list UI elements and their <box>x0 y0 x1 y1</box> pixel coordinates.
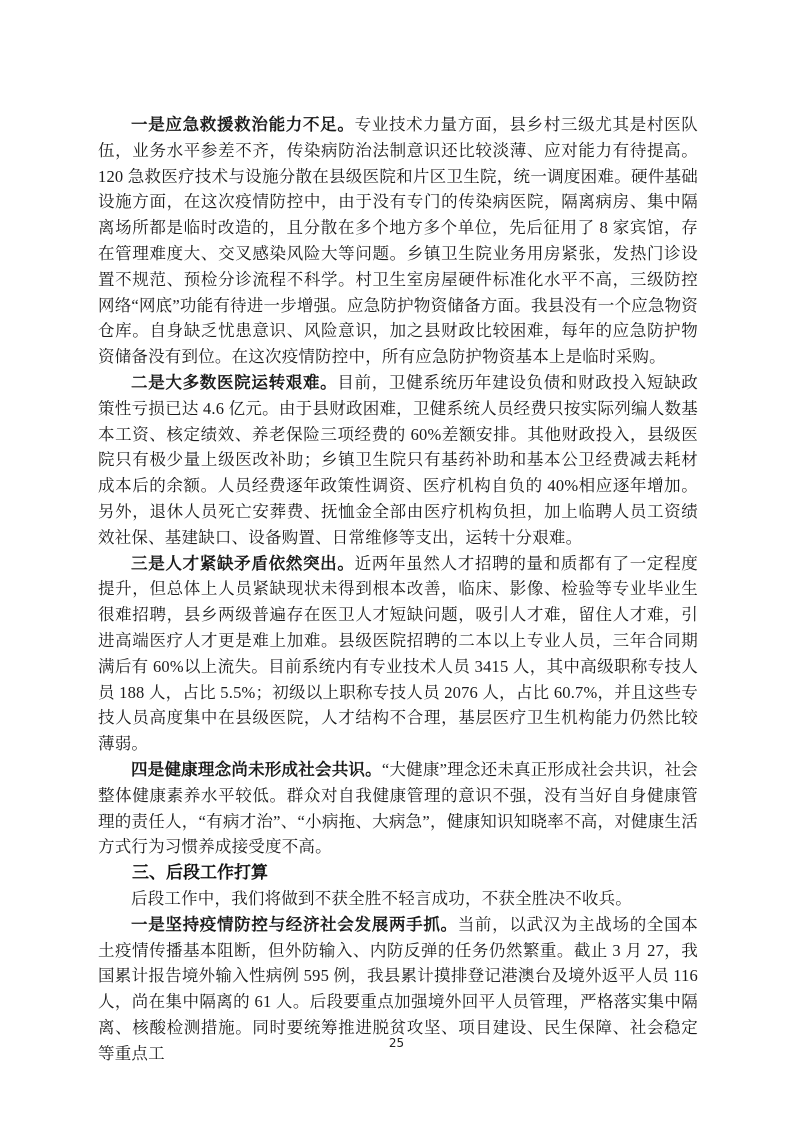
paragraph-lead: 一是应急救援救治能力不足。 <box>131 115 355 134</box>
page-number: 25 <box>0 1036 793 1050</box>
paragraph-text: 近两年虽然人才招聘的量和质都有了一定程度提升，但总体上人员紧缺现状未得到根本改善… <box>98 554 698 754</box>
paragraph-health-concept: 四是健康理念尚未形成社会共识。“大健康”理念还未真正形成社会共识，社会整体健康素… <box>98 757 698 860</box>
paragraph-lead: 三是人才紧缺矛盾依然突出。 <box>131 554 355 573</box>
paragraph-emergency-capability: 一是应急救援救治能力不足。专业技术力量方面，县乡村三级尤其是村医队伍，业务水平参… <box>98 112 698 370</box>
paragraph-lead: 一是坚持疫情防控与经济社会发展两手抓。 <box>131 915 458 934</box>
paragraph-text: 后段工作中，我们将做到不获全胜不轻言成功，不获全胜决不收兵。 <box>131 889 632 908</box>
paragraph-text: 目前，卫健系统历年建设负债和财政投入短缺政策性亏损已达 4.6 亿元。由于县财政… <box>98 373 698 547</box>
paragraph-lead: 四是健康理念尚未形成社会共识。 <box>131 760 382 779</box>
paragraph-text: 专业技术力量方面，县乡村三级尤其是村医队伍，业务水平参差不齐，传染病防治法制意识… <box>98 115 698 366</box>
paragraph-talent-shortage: 三是人才紧缺矛盾依然突出。近两年虽然人才招聘的量和质都有了一定程度提升，但总体上… <box>98 551 698 757</box>
paragraph-hospital-operation: 二是大多数医院运转艰难。目前，卫健系统历年建设负债和财政投入短缺政策性亏损已达 … <box>98 370 698 551</box>
document-page: 一是应急救援救治能力不足。专业技术力量方面，县乡村三级尤其是村医队伍，业务水平参… <box>0 0 793 1122</box>
paragraph-lead: 二是大多数医院运转艰难。 <box>131 373 337 392</box>
section-heading-next-steps: 三、后段工作打算 <box>98 860 698 886</box>
document-body: 一是应急救援救治能力不足。专业技术力量方面，县乡村三级尤其是村医队伍，业务水平参… <box>98 112 698 1066</box>
paragraph-resolve-statement: 后段工作中，我们将做到不获全胜不轻言成功，不获全胜决不收兵。 <box>98 886 698 912</box>
